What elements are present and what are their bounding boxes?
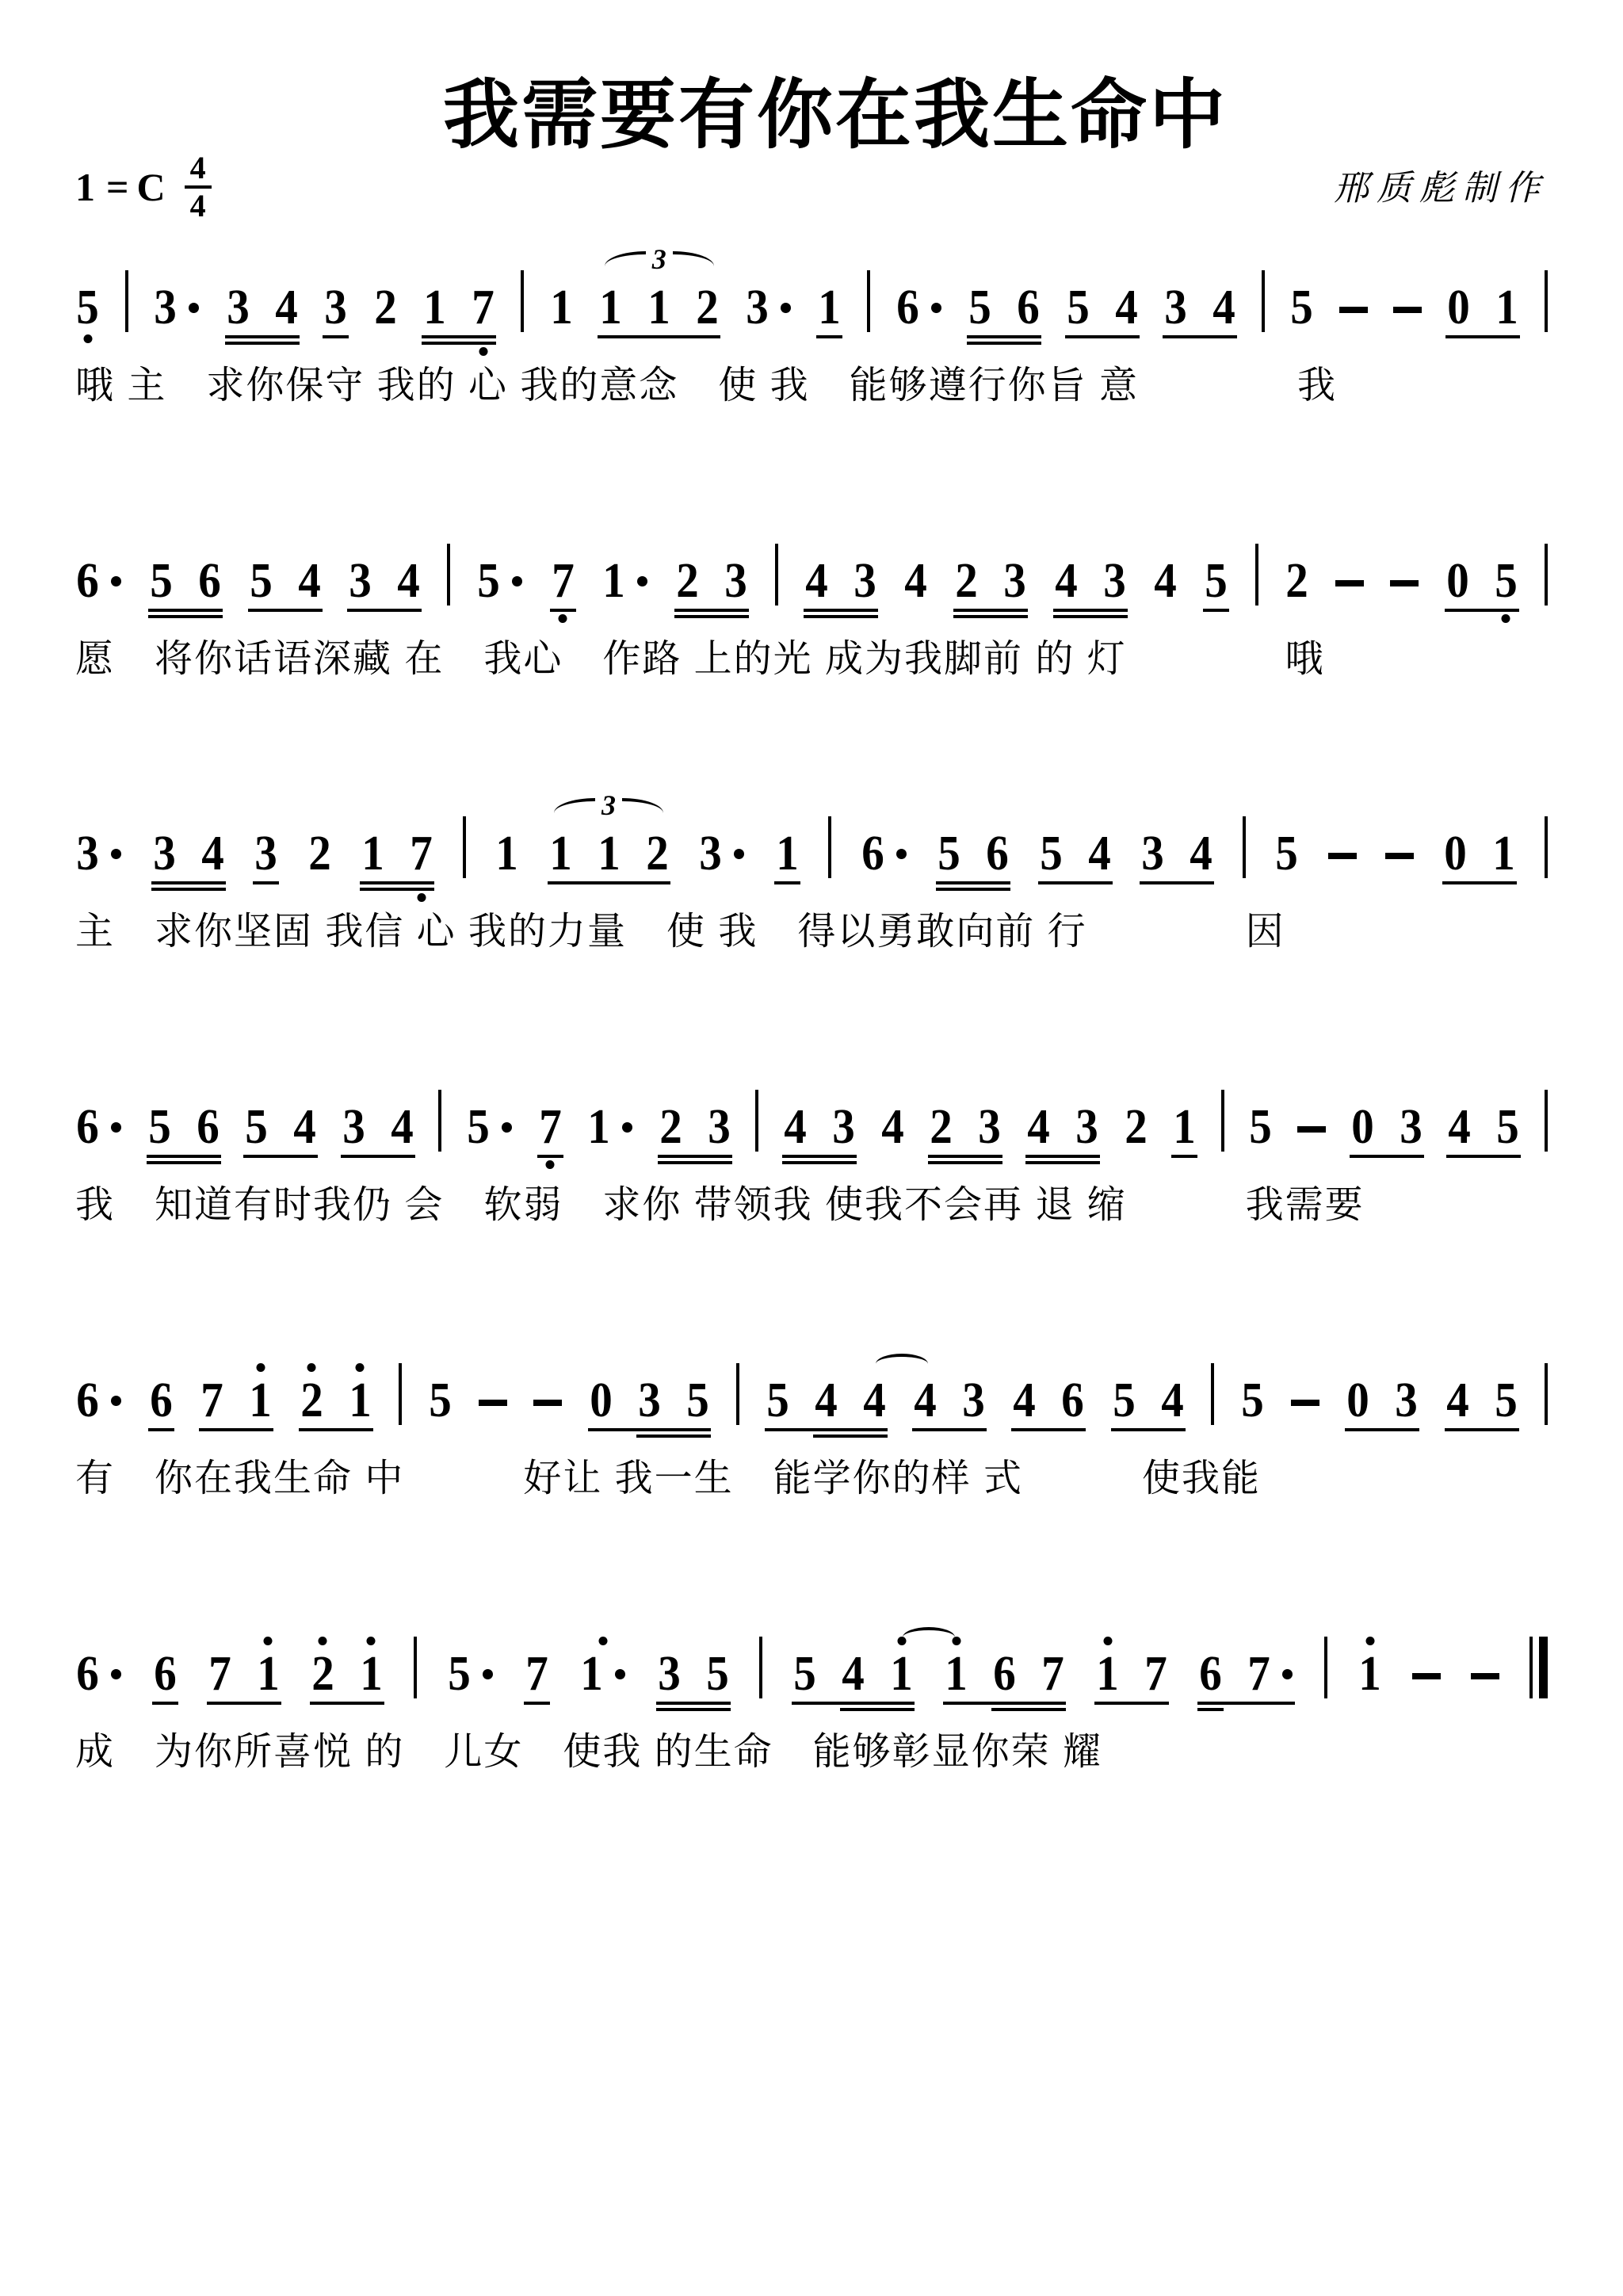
note-6: 6	[1016, 283, 1041, 332]
note-4: 4	[1212, 283, 1236, 332]
beam-line	[148, 1428, 174, 1431]
note-1: 1	[1095, 1649, 1120, 1698]
note-digit: 4	[1448, 1102, 1471, 1152]
octave-dot-low	[83, 334, 92, 343]
note-digit: 1	[250, 1376, 273, 1425]
note-digit: 6	[197, 1102, 220, 1152]
note-digit: 5	[1113, 1376, 1136, 1425]
beam-line	[360, 881, 434, 884]
note-1: 1	[601, 556, 649, 606]
rest-note: 0	[1350, 1102, 1375, 1152]
note-digit: 1	[1358, 1649, 1381, 1698]
note-3: 3	[724, 556, 748, 606]
note-digit: 7	[552, 556, 575, 606]
beam-group-notes: 21	[311, 1649, 384, 1698]
beam-line	[1111, 1428, 1186, 1431]
note-digit: 2	[676, 556, 699, 606]
lyrics-row: 有 你在我生命 中 好让 我一生 能学你的样 式 使我能	[75, 1458, 1548, 1500]
beam-line	[656, 1708, 731, 1711]
note-6: 6	[196, 1102, 220, 1152]
beam-line	[151, 888, 226, 891]
beam-group-notes: 56	[968, 283, 1041, 332]
note-digit: 4	[1088, 829, 1111, 878]
note-digit: 1	[1495, 283, 1518, 332]
rest-note: 0	[1346, 1376, 1370, 1425]
octave-dot-high	[356, 1363, 365, 1372]
beam-group: 17	[1095, 1649, 1168, 1698]
beam-group-notes: 035	[589, 1376, 710, 1425]
beam-group-notes: 17	[422, 283, 495, 332]
beam-group: 541	[792, 1649, 914, 1698]
rest-note: 0	[1445, 556, 1470, 606]
beam-group: 3	[323, 283, 348, 332]
note-digit: 5	[1495, 556, 1518, 606]
note-2: 2	[954, 556, 979, 606]
octave-dot-high	[307, 1363, 316, 1372]
note-3: 3	[323, 283, 348, 332]
beam-group: 43	[1054, 556, 1127, 606]
note-3: 3	[226, 283, 250, 332]
note-4: 4	[880, 1102, 905, 1152]
note-6: 6	[1198, 1649, 1223, 1698]
note-3: 3	[745, 283, 792, 332]
beam-line	[199, 1428, 273, 1431]
octave-dot-high	[264, 1637, 273, 1645]
note-digit: 5	[1291, 283, 1314, 332]
note-5: 5	[1495, 1102, 1520, 1152]
note-digit: 4	[904, 556, 927, 606]
beam-group: 01	[1443, 829, 1516, 878]
beam-line	[656, 1702, 731, 1705]
beam-group-notes: 05	[1445, 556, 1518, 606]
beam-group: 44	[814, 1376, 887, 1425]
note-digit: 3	[325, 283, 348, 332]
note-6: 6	[197, 556, 222, 606]
note-digit: 5	[467, 1102, 490, 1152]
note-7: 7	[1144, 1649, 1168, 1698]
beam-group: 7	[525, 1649, 549, 1698]
note-2: 2	[675, 556, 700, 606]
beam-group: 54	[244, 1102, 317, 1152]
note-digit: 6	[76, 1376, 99, 1425]
note-digit: 4	[1154, 556, 1177, 606]
octave-dot-low	[1502, 614, 1510, 623]
beam-group: 71	[200, 1376, 273, 1425]
augmentation-dot	[189, 303, 199, 313]
beam-group: 3112	[598, 283, 720, 332]
note-digit: 2	[1125, 1102, 1148, 1152]
beam-line	[912, 1428, 987, 1431]
octave-dot-high	[1365, 1637, 1374, 1645]
octave-dot-low	[417, 893, 426, 902]
note-digit: 5	[76, 283, 99, 332]
note-4: 4	[1445, 1376, 1470, 1425]
note-digit: 4	[1212, 283, 1235, 332]
note-digit: 5	[1205, 556, 1228, 606]
beam-group: 3	[254, 829, 278, 878]
tie-arc	[876, 1354, 928, 1374]
beam-group: 23	[659, 1102, 731, 1152]
note-digit: 2	[956, 556, 979, 606]
sheet-music-page: 我需要有你在我生命中 1= C 4 4 邢质彪制作 53343217131123…	[0, 0, 1623, 2296]
lyrics-row: 主 求你坚固 我信 心 我的力量 使 我 得以勇敢向前 行 因	[75, 911, 1548, 953]
note-digit: 4	[805, 556, 828, 606]
note-digit: 3	[699, 829, 722, 878]
duration-dash	[1335, 580, 1364, 586]
note-1: 1	[495, 829, 519, 878]
duration-dash	[1393, 307, 1422, 313]
beam-group-notes: 23	[659, 1102, 731, 1152]
beam-group: 21	[311, 1649, 384, 1698]
beam-group-notes: 1	[817, 283, 842, 332]
note-5: 5	[244, 1102, 269, 1152]
beam-line	[953, 615, 1028, 618]
system-4: 65654345712343423432150345 我 知道有时我仍 会 软弱…	[75, 1026, 1548, 1227]
final-barline-thin	[1529, 1637, 1533, 1698]
note-5: 5	[466, 1102, 514, 1152]
beam-group-notes: 541	[792, 1649, 914, 1698]
note-digit: 2	[659, 1102, 682, 1152]
note-digit: 4	[914, 1376, 937, 1425]
note-digit: 3	[979, 1102, 1002, 1152]
beam-line	[225, 335, 300, 338]
note-3: 3	[961, 1376, 986, 1425]
beam-group: 23	[675, 556, 748, 606]
note-digit: 6	[861, 829, 884, 878]
beam-group: 34	[1140, 829, 1213, 878]
note-4: 4	[862, 1376, 887, 1425]
note-5: 5	[149, 556, 174, 606]
beam-group: 35	[657, 1649, 730, 1698]
time-denominator: 4	[190, 191, 206, 221]
note-3: 3	[637, 1376, 662, 1425]
beam-group-notes: 7	[551, 556, 575, 606]
beam-group: 41	[841, 1649, 914, 1698]
note-4: 4	[1153, 556, 1178, 606]
note-digit: 5	[148, 1102, 171, 1152]
note-6: 6	[75, 1649, 123, 1698]
beam-line	[936, 881, 1010, 884]
note-digit: 4	[1446, 1376, 1469, 1425]
beam-group-notes: 54	[244, 1102, 317, 1152]
beam-group: 21	[300, 1376, 372, 1425]
note-5: 5	[968, 283, 992, 332]
note-1: 1	[579, 1649, 627, 1698]
note-digit: 4	[391, 1102, 414, 1152]
beam-group: 3112	[548, 829, 670, 878]
beam-group-notes: 17	[361, 829, 433, 878]
beam-group: 54	[1112, 1376, 1185, 1425]
note-7: 7	[538, 1102, 563, 1152]
tuplet-number: 3	[601, 791, 616, 819]
beam-line	[253, 881, 279, 884]
note-5: 5	[1274, 829, 1299, 878]
barline	[1324, 1637, 1327, 1698]
beam-line	[953, 609, 1028, 612]
note-digit: 3	[1075, 1102, 1098, 1152]
note-digit: 3	[708, 1102, 731, 1152]
octave-dot-high	[598, 1637, 607, 1645]
tuplet-arc-left	[605, 251, 646, 266]
note-digit: 1	[1492, 829, 1515, 878]
note-1: 1	[889, 1649, 914, 1698]
barline	[1221, 1090, 1224, 1152]
notes-row: 65654345712343423432150345	[75, 1026, 1548, 1152]
note-digit: 4	[815, 1376, 838, 1425]
note-3: 3	[1002, 556, 1027, 606]
beam-group: 23	[954, 556, 1027, 606]
barline	[828, 816, 831, 878]
note-digit: 2	[1285, 556, 1308, 606]
note-digit: 1	[495, 829, 518, 878]
note-4: 4	[1447, 1102, 1472, 1152]
note-5: 5	[1204, 556, 1228, 606]
note-5: 5	[685, 1376, 710, 1425]
note-4: 4	[804, 556, 829, 606]
note-1: 1	[256, 1649, 281, 1698]
note-4: 4	[1054, 556, 1079, 606]
beam-line	[1446, 1155, 1521, 1158]
note-3: 3	[1399, 1102, 1423, 1152]
barline	[1255, 544, 1258, 606]
note-5: 5	[1494, 556, 1518, 606]
beam-line	[310, 1702, 384, 1705]
beam-group-notes: 03	[1350, 1102, 1423, 1152]
note-digit: 7	[1247, 1649, 1270, 1698]
note-digit: 6	[1199, 1649, 1222, 1698]
note-1: 1	[1491, 829, 1516, 878]
beam-group: 6	[1198, 1649, 1223, 1698]
duration-dash	[1412, 1673, 1441, 1679]
note-7: 7	[551, 556, 575, 606]
note-digit: 3	[638, 1376, 661, 1425]
beam-group-notes: 67	[992, 1649, 1065, 1698]
beam-group: 56	[147, 1102, 220, 1152]
key-signature: 1= C 4 4	[75, 153, 212, 221]
beam-line	[148, 609, 223, 612]
note-digit: 6	[76, 556, 99, 606]
beam-group: 56	[937, 829, 1010, 878]
note-digit: 1	[550, 283, 573, 332]
augmentation-dot	[111, 849, 121, 859]
note-3: 3	[153, 283, 200, 332]
note-digit: 3	[658, 1649, 681, 1698]
beam-group-notes: 01	[1446, 283, 1519, 332]
tuplet-arc-left	[554, 798, 595, 813]
duration-dash	[479, 1400, 507, 1406]
beam-line	[1445, 609, 1519, 612]
duration-dash	[1328, 853, 1357, 859]
key-note: C	[137, 164, 166, 210]
note-digit: 1	[257, 1649, 280, 1698]
note-digit: 7	[539, 1102, 562, 1152]
note-1: 1	[359, 1649, 384, 1698]
beam-group-notes: 21	[300, 1376, 372, 1425]
note-digit: 4	[863, 1376, 886, 1425]
note-4: 4	[1189, 829, 1213, 878]
beam-group: 17	[422, 283, 495, 332]
beam-line	[323, 335, 349, 338]
note-6: 6	[149, 1376, 174, 1425]
beam-line	[658, 1155, 732, 1158]
note-digit: 0	[1446, 556, 1469, 606]
beam-group: 1	[775, 829, 800, 878]
note-2: 2	[300, 1376, 324, 1425]
beam-line	[1053, 609, 1128, 612]
note-digit: 4	[1027, 1102, 1050, 1152]
beam-group: 34	[342, 1102, 414, 1152]
note-7: 7	[200, 1376, 224, 1425]
note-7: 7	[525, 1649, 549, 1698]
note-digit: 4	[275, 283, 298, 332]
barline	[867, 270, 870, 332]
barline	[447, 544, 450, 606]
note-digit: 0	[1444, 829, 1467, 878]
note-3: 3	[707, 1102, 731, 1152]
notes-row: 656543457123434234345205	[75, 480, 1548, 606]
note-digit: 4	[1190, 829, 1212, 878]
beam-line	[928, 1161, 1002, 1164]
augmentation-dot	[512, 576, 522, 586]
beam-group-notes: 56	[149, 556, 222, 606]
beam-group-notes: 35	[637, 1376, 710, 1425]
note-digit: 7	[525, 1649, 548, 1698]
note-digit: 4	[298, 556, 321, 606]
beam-line	[248, 609, 323, 612]
beam-line	[1197, 1702, 1295, 1705]
note-digit: 7	[201, 1376, 224, 1425]
beam-group: 03	[1346, 1376, 1419, 1425]
note-digit: 1	[360, 1649, 383, 1698]
beam-line	[152, 1702, 178, 1705]
beam-line	[347, 609, 422, 612]
note-digit: 5	[245, 1102, 268, 1152]
note-1: 1	[944, 1649, 968, 1698]
note-3: 3	[831, 1102, 856, 1152]
note-digit: 1	[647, 283, 670, 332]
note-3: 3	[657, 1649, 682, 1698]
time-numerator: 4	[190, 153, 206, 183]
note-digit: 2	[374, 283, 397, 332]
note-1: 1	[361, 829, 385, 878]
system-1: 5334321713112316565434501 哦 主 求你保守 我的 心 …	[75, 207, 1548, 407]
beam-line	[804, 609, 878, 612]
note-digit: 3	[227, 283, 250, 332]
beam-group-notes: 54	[1112, 1376, 1185, 1425]
time-signature: 4 4	[185, 153, 212, 221]
barline	[759, 1637, 762, 1698]
octave-dot-low	[479, 347, 487, 356]
note-3: 3	[348, 556, 372, 606]
beam-group: 54	[249, 556, 322, 606]
note-3: 3	[977, 1102, 1002, 1152]
beam-line	[1350, 1155, 1424, 1158]
note-4: 4	[903, 556, 928, 606]
beam-line	[550, 609, 576, 612]
note-2: 2	[373, 283, 398, 332]
beam-group: 167	[944, 1649, 1065, 1698]
notes-row: 6671215713554116717671	[75, 1573, 1548, 1698]
augmentation-dot	[781, 303, 791, 313]
barline	[521, 270, 524, 332]
beam-group: 1	[817, 283, 842, 332]
note-1: 1	[348, 1376, 372, 1425]
note-4: 4	[1087, 829, 1112, 878]
note-digit: 3	[342, 1102, 365, 1152]
lyrics-row: 哦 主 求你保守 我的 心 我的意念 使 我 能够遵行你旨 意 我	[75, 365, 1548, 407]
note-3: 3	[1140, 829, 1165, 878]
beam-line	[991, 1708, 1066, 1711]
note-digit: 4	[293, 1102, 316, 1152]
beam-line	[674, 609, 749, 612]
note-2: 2	[311, 1649, 335, 1698]
duration-dash	[1385, 853, 1414, 859]
note-digit: 1	[424, 283, 447, 332]
beam-line	[1094, 1702, 1169, 1705]
beam-group: 35	[637, 1376, 710, 1425]
beam-group: 01	[1446, 283, 1519, 332]
beam-group-notes: 34	[226, 283, 299, 332]
note-digit: 2	[311, 1649, 334, 1698]
beam-line	[147, 1161, 221, 1164]
note-4: 4	[1114, 283, 1139, 332]
augmentation-dot	[111, 1396, 121, 1406]
beam-line	[967, 335, 1041, 338]
beam-line	[548, 881, 670, 884]
beam-line	[243, 1155, 318, 1158]
note-2: 2	[695, 283, 720, 332]
note-digit: 3	[1396, 1376, 1419, 1425]
beam-group: 45	[1447, 1102, 1520, 1152]
beam-group-notes: 43	[783, 1102, 856, 1152]
beam-group-notes: 35	[657, 1649, 730, 1698]
note-digit: 3	[1004, 556, 1027, 606]
beam-group-notes: 5	[1204, 556, 1228, 606]
note-6: 6	[153, 1649, 178, 1698]
barline	[125, 270, 128, 332]
note-4: 4	[814, 1376, 838, 1425]
beam-group-notes: 3	[254, 829, 278, 878]
beam-group: 56	[968, 283, 1041, 332]
beam-group-notes: 34	[1140, 829, 1213, 878]
barline	[1545, 1090, 1548, 1152]
note-4: 4	[1012, 1376, 1037, 1425]
note-1: 1	[1172, 1102, 1197, 1152]
note-digit: 6	[994, 1649, 1017, 1698]
beam-group-notes: 7	[525, 1649, 549, 1698]
beam-group: 7	[551, 556, 575, 606]
note-digit: 6	[1017, 283, 1040, 332]
note-3: 3	[75, 829, 123, 878]
note-digit: 0	[1447, 283, 1470, 332]
beam-group-notes: 71	[208, 1649, 281, 1698]
note-digit: 5	[1040, 829, 1063, 878]
note-5: 5	[1248, 1102, 1273, 1152]
beam-line	[588, 1428, 711, 1431]
beam-group: 56	[149, 556, 222, 606]
note-5: 5	[792, 1649, 817, 1698]
beam-group-notes: 544	[766, 1376, 887, 1425]
barline	[1262, 270, 1265, 332]
note-digit: 5	[429, 1376, 452, 1425]
beam-group: 43	[913, 1376, 986, 1425]
beam-group-notes: 45	[1447, 1102, 1520, 1152]
barline	[1211, 1363, 1214, 1425]
beam-line	[804, 615, 878, 618]
note-7: 7	[208, 1649, 232, 1698]
beam-line	[813, 1435, 888, 1438]
beam-group-notes: 3	[323, 283, 348, 332]
